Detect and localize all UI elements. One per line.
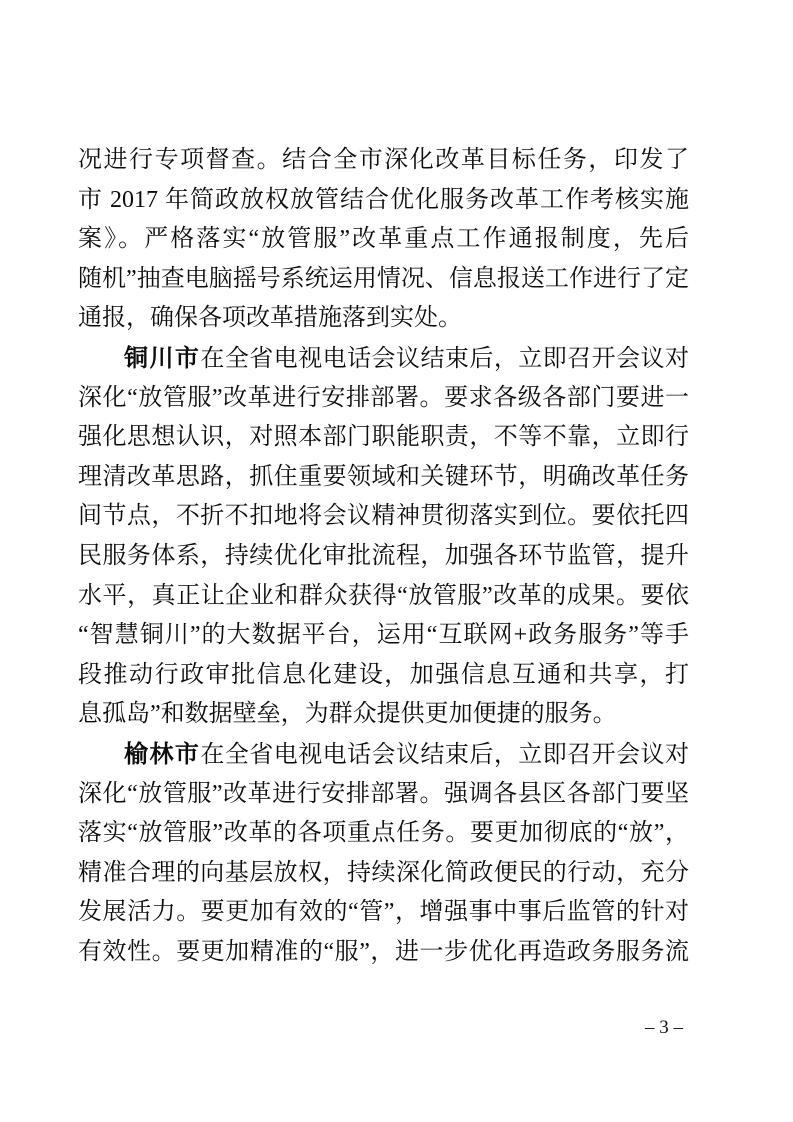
text-line: 铜川市在全省电视电话会议结束后，立即召开会议对全市	[78, 339, 689, 379]
text-line: “智慧铜川”的大数据平台，运用“互联网+政务服务”等手	[78, 616, 689, 656]
paragraph-baoji-continued: 况进行专项督查。结合全市深化改革目标任务，印发了《宝鸡市 2017 年简政放权放…	[78, 141, 689, 339]
text-line: 强化思想认识，对照本部门职能职责，不等不靠，立即行动，	[78, 418, 689, 458]
paragraph-yulin: 榆林市在全省电视电话会议结束后，立即召开会议对全市深化“放管服”改革进行安排部署…	[78, 735, 689, 973]
text-line: 水平，真正让企业和群众获得“放管服”改革的成果。要依托	[78, 577, 689, 617]
text-line: 况进行专项督查。结合全市深化改革目标任务，印发了《宝鸡	[78, 141, 689, 181]
text-line: 深化“放管服”改革进行安排部署。要求各级各部门要进一步	[78, 379, 689, 419]
text-line: 民服务体系，持续优化审批流程，加强各环节监管，提升服务	[78, 537, 689, 577]
text-line: 随机”抽查电脑摇号系统运用情况、信息报送工作进行了定期	[78, 260, 689, 300]
text-line: 落实“放管服”改革的各项重点任务。要更加彻底的“放”，	[78, 814, 689, 854]
document-body: 况进行专项督查。结合全市深化改革目标任务，印发了《宝鸡市 2017 年简政放权放…	[78, 141, 689, 972]
text-line: 发展活力。要更加有效的“管”，增强事中事后监管的针对性、	[78, 893, 689, 933]
text-line: 案》。严格落实“放管服”改革重点工作通报制度，先后对“双	[78, 220, 689, 260]
text-line: 榆林市在全省电视电话会议结束后，立即召开会议对全市	[78, 735, 689, 775]
text-line: 理清改革思路，抓住重要领域和关键环节，明确改革任务及时	[78, 458, 689, 498]
text-line: 深化“放管服”改革进行安排部署。强调各县区各部门要坚决	[78, 775, 689, 815]
text-line: 精准合理的向基层放权，持续深化简政便民的行动，充分释放	[78, 854, 689, 894]
text-line: 间节点，不折不扣地将会议精神贯彻落实到位。要依托四级便	[78, 497, 689, 537]
city-name: 铜川市	[124, 345, 200, 372]
text-line: 段推动行政审批信息化建设，加强信息互通和共享，打破“信	[78, 656, 689, 696]
city-name: 榆林市	[124, 741, 200, 768]
text-line: 市 2017 年简政放权放管结合优化服务改革工作考核实施方	[78, 181, 689, 221]
paragraph-tongchuan: 铜川市在全省电视电话会议结束后，立即召开会议对全市深化“放管服”改革进行安排部署…	[78, 339, 689, 735]
text-line: 有效性。要更加精准的“服”，进一步优化再造政务服务流程，	[78, 933, 689, 973]
page-number: – 3 –	[628, 1013, 700, 1043]
text-line: 通报，确保各项改革措施落到实处。	[78, 299, 689, 339]
document-page: 况进行专项督查。结合全市深化改革目标任务，印发了《宝鸡市 2017 年简政放权放…	[0, 0, 793, 1122]
text-line: 息孤岛”和数据壁垒，为群众提供更加便捷的服务。	[78, 695, 689, 735]
